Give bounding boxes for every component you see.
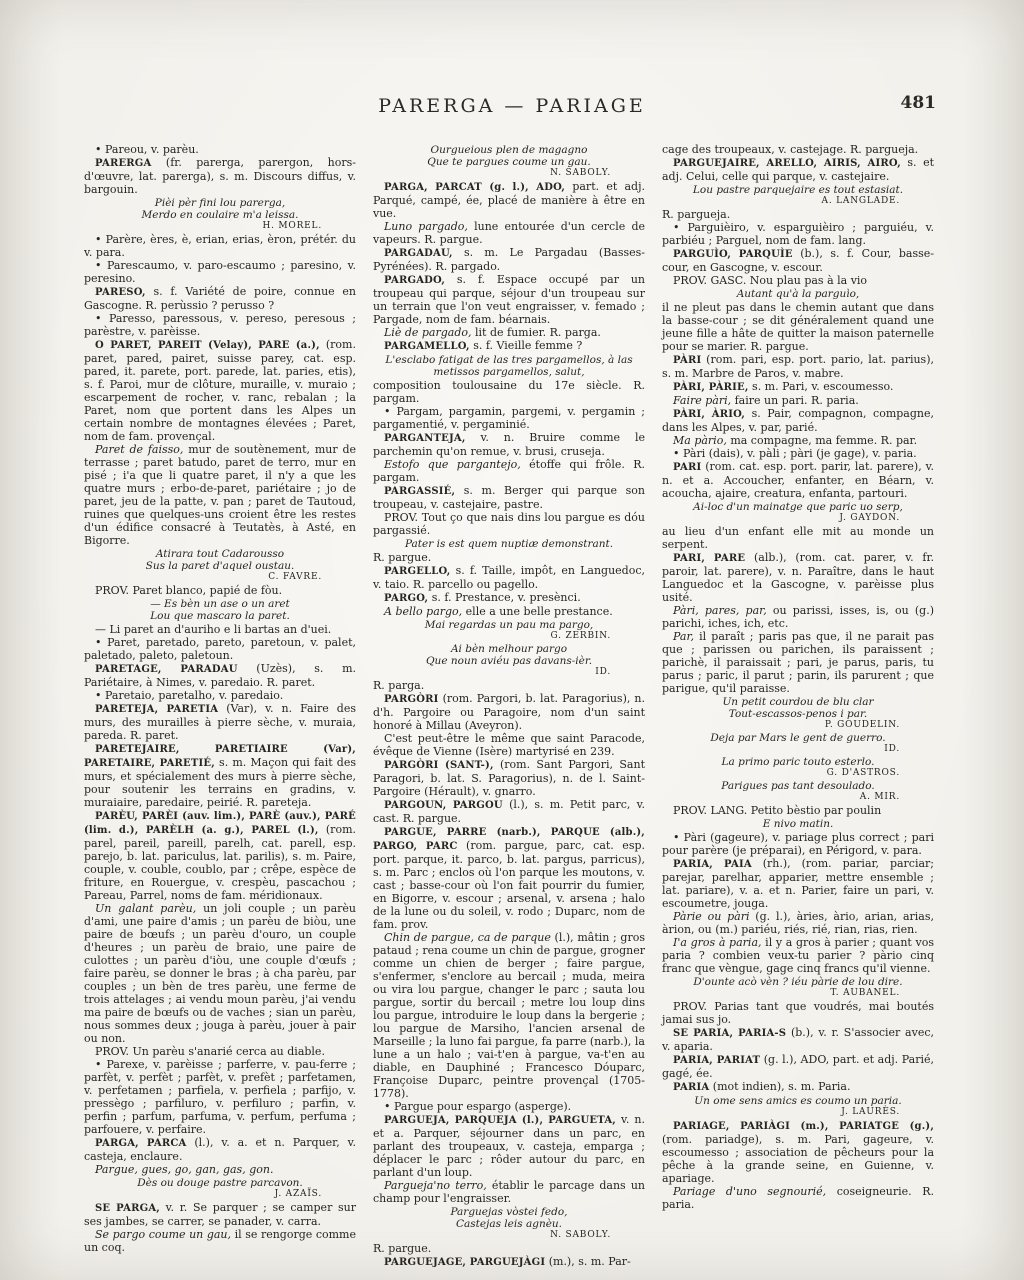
dictionary-entry: PARETEJAIRE, PARETIAIRE (Var), PARETAIRE…	[84, 742, 356, 809]
paragraph: R. pargue.	[373, 1242, 645, 1255]
paragraph: cage des troupeaux, v. castejage. R. par…	[662, 143, 934, 156]
dictionary-entry: PARGOUN, PARGOU (l.), s. m. Petit parc, …	[373, 798, 645, 825]
paragraph: au lieu d'un enfant elle mit au monde un…	[662, 525, 934, 551]
verse-line: Dès ou douge pastre parcavon.	[84, 1177, 356, 1189]
paragraph: PROV. Paret blanco, papié de fòu.	[84, 584, 356, 597]
entry-headword: PARGUE, PARRE (narb.), PARQUE (alb.), PA…	[373, 827, 645, 852]
paragraph: R. parga.	[373, 679, 645, 692]
verse-line: Lou pastre parquejaire es tout estasiat.	[662, 184, 934, 196]
verse-line: Parigues pas tant desoulado.	[662, 780, 934, 792]
paragraph: PROV. Parias tant que voudrés, mai bouté…	[662, 1000, 934, 1026]
dictionary-entry: PARGUEJAGE, PARGUEJÀGI (m.), s. m. Par-	[373, 1255, 645, 1269]
paragraph: • Paret, paretado, pareto, paretoun, v. …	[84, 636, 356, 662]
verse-attribution: N. SABOLY.	[373, 168, 645, 179]
verse-quote: Ai bèn melhour pargoQue noun aviéu pas d…	[373, 643, 645, 678]
verse-line: — Es bèn un ase o un aret	[84, 598, 356, 610]
paragraph: R. pargueja.	[662, 208, 934, 221]
verse-line: Parguejas vòstei fedo,	[373, 1206, 645, 1218]
verse-line: Ourgueious plen de magagno	[373, 144, 645, 156]
column-right: cage des troupeaux, v. castejage. R. par…	[662, 143, 934, 1269]
dictionary-entry: O PARET, PAREIT (Velay), PARE (a.), (rom…	[84, 338, 356, 443]
entry-headword: PARGUEJAGE, PARGUEJÀGI	[384, 1257, 545, 1268]
verse-attribution: ID.	[662, 744, 934, 755]
entry-headword: PARI, PARE	[673, 553, 745, 564]
verse-attribution: T. AUBANEL.	[662, 988, 934, 999]
entry-headword: PARGA, PARCA	[95, 1138, 186, 1149]
entry-headword: PÀRI	[673, 355, 701, 366]
paragraph: • Pareou, v. parèu.	[84, 143, 356, 156]
verse-quote: Autant qu'à la parguìo,	[662, 288, 934, 300]
verse-quote: Dès ou douge pastre parcavon.J. AZAÏS.	[84, 1177, 356, 1200]
dictionary-entry: PARGA, PARCAT (g. l.), ADO, part. et adj…	[373, 180, 645, 220]
paragraph: Liè de pargado, lit de fumier. R. parga.	[373, 326, 645, 339]
verse-line: Mai regardas un pau ma pargo,	[373, 619, 645, 631]
paragraph: Pargue, gues, go, gan, gas, gon.	[84, 1163, 356, 1176]
column-center: Ourgueious plen de magagnoQue te pargues…	[373, 143, 645, 1269]
paragraph: Estofo que pargantejo, étoffe qui frôle.…	[373, 458, 645, 484]
dictionary-entry: PARGUEJA, PARQUEJA (l.), PARGUETA, v. n.…	[373, 1113, 645, 1179]
dictionary-entry: PARGO, s. f. Prestance, v. presènci.	[373, 591, 645, 605]
paragraph: C'est peut-être le même que saint Paraco…	[373, 732, 645, 758]
entry-headword: PARGELLO,	[384, 566, 451, 577]
example-phrase: Estofo que pargantejo,	[384, 458, 521, 471]
dictionary-entry: PARGUE, PARRE (narb.), PARQUE (alb.), PA…	[373, 825, 645, 931]
example-phrase: Se pargo coume un gau,	[95, 1228, 231, 1241]
paragraph: PROV. Un parèu s'anarié cerca au diable.	[84, 1045, 356, 1058]
verse-line: Lou que mascaro la paret.	[84, 610, 356, 622]
example-phrase: Pariage d'uno segnourié,	[673, 1185, 826, 1198]
dictionary-entry: PARGÒRI (rom. Pargori, b. lat. Paragoriu…	[373, 692, 645, 732]
verse-attribution: J. GAYDON.	[662, 513, 934, 524]
verse-attribution: J. LAURÈS.	[662, 1107, 934, 1118]
paragraph: Pàrie ou pàri (g. l.), àries, àrio, aria…	[662, 910, 934, 936]
paragraph: Pargueja'no terro, établir le parcage da…	[373, 1179, 645, 1205]
example-phrase: Faire pàri,	[673, 394, 731, 407]
verse-attribution: G. ZERBIN.	[373, 631, 645, 642]
verse-line: Ai-loc d'un mainatge que paric uo serp,	[662, 501, 934, 513]
dictionary-entry: SE PARIA, PARIA-S (b.), v. r. S'associer…	[662, 1026, 934, 1053]
dictionary-entry: PARGELLO, s. f. Taille, impôt, en Langue…	[373, 564, 645, 591]
verse-line: L'esclabo fatigat de las tres pargamello…	[373, 354, 645, 366]
paragraph: il ne pleut pas dans le chemin autant qu…	[662, 301, 934, 353]
example-phrase: I'a gros à paria,	[673, 936, 762, 949]
example-phrase: Pargue, gues, go, gan, gas, gon.	[95, 1163, 273, 1176]
entry-headword: PARIA, PAIA	[673, 859, 752, 870]
paragraph: • Parère, ères, è, erian, erias, èron, p…	[84, 233, 356, 259]
example-phrase: Par,	[673, 630, 694, 643]
entry-headword: PARIA, PARIAT	[673, 1055, 760, 1066]
example-phrase: Pàri, pares, par,	[673, 604, 767, 617]
paragraph: • Pàri (dais), v. pàli ; pàri (je gage),…	[662, 447, 934, 460]
entry-headword: SE PARIA, PARIA-S	[673, 1028, 786, 1039]
dictionary-entry: PARIAGE, PARIÀGI (m.), PARIATGE (g.), (r…	[662, 1119, 934, 1185]
paragraph: — Li paret an d'auriho e li bartas an d'…	[84, 623, 356, 636]
entry-headword: PARIA	[673, 1082, 709, 1093]
paragraph: Chin de pargue, ca de parque (l.), mâtin…	[373, 931, 645, 1100]
verse-line: Que te pargues coume un gau.	[373, 156, 645, 168]
example-phrase: Chin de pargue, ca de parque	[384, 931, 551, 944]
entry-headword: PARGADO,	[384, 275, 445, 286]
entry-headword: PARGUEJAIRE, ARELLO, AIRIS, AIRO,	[673, 158, 901, 169]
verse-line: Un ome sens amics es coumo un paria.	[662, 1095, 934, 1107]
verse-quote: Un petit courdou de blu clarTout-escasso…	[662, 696, 934, 731]
entry-headword: PARGO,	[384, 593, 428, 604]
example-phrase: Pàrie ou pàri	[673, 910, 749, 923]
verse-line: Pièi pèr fini lou parerga,	[84, 197, 356, 209]
dictionary-entry: PARGUÌO, PARQUÌE (b.), s. f. Cour, basse…	[662, 247, 934, 274]
verse-line: Deja par Mars le gent de guerro.	[662, 732, 934, 744]
entry-headword: SE PARGA,	[95, 1203, 160, 1214]
verse-line: D'ounte acò vèn ? iéu pàrie de lou dire.	[662, 976, 934, 988]
paragraph: Paret de faisso, mur de soutènement, mur…	[84, 443, 356, 547]
paragraph: Luno pargado, lune entourée d'un cercle …	[373, 220, 645, 246]
paragraph: Se pargo coume un gau, il se rengorge co…	[84, 1228, 356, 1254]
paragraph: • Pàri (gageure), v. pariage plus correc…	[662, 831, 934, 857]
column-left: • Pareou, v. parèu.PARERGA (fr. parerga,…	[84, 143, 356, 1269]
verse-attribution: P. GOUDELIN.	[662, 720, 934, 731]
verse-attribution: A. LANGLADE.	[662, 196, 934, 207]
dictionary-entry: PARIA, PAIA (rh.), (rom. pariar, parciar…	[662, 857, 934, 910]
dictionary-entry: PARIA, PARIAT (g. l.), ADO, part. et adj…	[662, 1053, 934, 1080]
verse-attribution: G. D'ASTROS.	[662, 768, 934, 779]
paragraph: Ma pàrio, ma compagne, ma femme. R. par.	[662, 434, 934, 447]
dictionary-entry: PÀRI (rom. pari, esp. port. pario, lat. …	[662, 353, 934, 380]
paragraph: • Parguièiro, v. esparguièiro ; parguiéu…	[662, 221, 934, 247]
paragraph: • Paresso, paressous, v. pereso, peresou…	[84, 312, 356, 338]
entry-headword: O PARET, PAREIT (Velay), PARE (a.),	[95, 340, 320, 351]
entry-headword: PARESO,	[95, 287, 146, 298]
page-number: 481	[901, 93, 937, 113]
verse-line: Tout-escassos-penos i par.	[662, 708, 934, 720]
paragraph: Pàri, pares, par, ou parissi, isses, is,…	[662, 604, 934, 630]
verse-quote: Pater is est quem nuptiæ demonstrant.	[373, 538, 645, 550]
example-phrase: Paret de faisso,	[95, 443, 183, 456]
dictionary-entry: PARI, PARE (alb.), (rom. cat. parer, v. …	[662, 551, 934, 604]
verse-line: Que noun aviéu pas davans-ièr.	[373, 655, 645, 667]
paragraph: • Pargue pour espargo (asperge).	[373, 1100, 645, 1113]
paragraph: • Paretaio, paretalho, v. paredaio.	[84, 689, 356, 702]
verse-quote: E nivo matin.	[662, 818, 934, 830]
verse-quote: Parigues pas tant desoulado.A. MIR.	[662, 780, 934, 803]
paragraph: • Parexe, v. parèisse ; parferre, v. pau…	[84, 1058, 356, 1136]
dictionary-entry: SE PARGA, v. r. Se parquer ; se camper s…	[84, 1201, 356, 1228]
page-header: PARERGA — PARIAGE 481	[0, 0, 1024, 129]
paragraph: PROV. GASC. Nou plau pas à la vio	[662, 274, 934, 287]
entry-headword: PARETAGE, PARADAU	[95, 664, 238, 675]
verse-line: Sus la paret d'aquel oustau.	[84, 560, 356, 572]
dictionary-entry: PARGÒRI (SANT-), (rom. Sant Pargori, San…	[373, 758, 645, 798]
verse-quote: Ai-loc d'un mainatge que paric uo serp,J…	[662, 501, 934, 524]
verse-line: metissos pargamellos, salut,	[373, 366, 645, 378]
verse-line: Ai bèn melhour pargo	[373, 643, 645, 655]
paragraph: Pariage d'uno segnourié, coseigneurie. R…	[662, 1185, 934, 1211]
verse-attribution: N. SABOLY.	[373, 1230, 645, 1241]
dictionary-entry: PARIA (mot indien), s. m. Paria.	[662, 1080, 934, 1094]
verse-attribution: C. FAVRE.	[84, 572, 356, 583]
paragraph: Un galant parèu, un joli couple ; un par…	[84, 902, 356, 1045]
entry-headword: PARGUEJA, PARQUEJA (l.), PARGUETA,	[384, 1115, 616, 1126]
verse-quote: D'ounte acò vèn ? iéu pàrie de lou dire.…	[662, 976, 934, 999]
dictionary-entry: PARGA, PARCA (l.), v. a. et n. Parquer, …	[84, 1136, 356, 1163]
entry-headword: PARGÒRI (SANT-),	[384, 760, 494, 771]
verse-attribution: A. MIR.	[662, 792, 934, 803]
verse-quote: Ourgueious plen de magagnoQue te pargues…	[373, 144, 645, 179]
paragraph: A bello pargo, elle a une belle prestanc…	[373, 605, 645, 618]
entry-headword: PARGAMELLO,	[384, 341, 470, 352]
verse-line: Autant qu'à la parguìo,	[662, 288, 934, 300]
entry-headword: PÀRI, PÀRIE,	[673, 382, 749, 393]
dictionary-entry: PARGAMELLO, s. f. Vieille femme ?	[373, 339, 645, 353]
verse-line: La primo paric touto esterlo.	[662, 756, 934, 768]
verse-quote: Mai regardas un pau ma pargo,G. ZERBIN.	[373, 619, 645, 642]
entry-headword: PARGÒRI	[384, 694, 439, 705]
verse-quote: Parguejas vòstei fedo,Castejas leis agnè…	[373, 1206, 645, 1241]
dictionary-entry: PARERGA (fr. parerga, parergon, hors-d'œ…	[84, 156, 356, 196]
verse-line: Pater is est quem nuptiæ demonstrant.	[373, 538, 645, 550]
dictionary-entry: PARÈU, PARÈI (auv. lim.), PARÈ (auv.), P…	[84, 809, 356, 902]
verse-line: E nivo matin.	[662, 818, 934, 830]
example-phrase: Pargueja'no terro,	[384, 1179, 487, 1192]
example-phrase: A bello pargo,	[384, 605, 462, 618]
entry-headword: PARETEJAIRE, PARETIAIRE (Var), PARETAIRE…	[84, 744, 356, 769]
verse-quote: — Es bèn un ase o un aretLou que mascaro…	[84, 598, 356, 622]
dictionary-page: PARERGA — PARIAGE 481 • Pareou, v. parèu…	[0, 0, 1024, 1280]
dictionary-entry: PÀRI, ÀRIO, s. Pair, compagnon, compagne…	[662, 407, 934, 434]
entry-headword: PÀRI, ÀRIO,	[673, 409, 745, 420]
verse-line: Un petit courdou de blu clar	[662, 696, 934, 708]
dictionary-entry: PARGADAU, s. m. Le Pargadau (Basses-Pyré…	[373, 246, 645, 273]
dictionary-entry: PARETEJA, PARETIA (Var), v. n. Faire des…	[84, 702, 356, 742]
dictionary-entry: PÀRI, PÀRIE, s. m. Pari, v. escoumesso.	[662, 380, 934, 394]
verse-quote: Pièi pèr fini lou parerga,Merdo en coula…	[84, 197, 356, 232]
paragraph: PROV. LANG. Petito bèstio par poulin	[662, 804, 934, 817]
dictionary-entry: PARESO, s. f. Variété de poire, connue e…	[84, 285, 356, 312]
paragraph: I'a gros à paria, il y a gros à parier ;…	[662, 936, 934, 975]
verse-attribution: J. AZAÏS.	[84, 1189, 356, 1200]
verse-attribution: ID.	[373, 667, 645, 678]
verse-line: Castejas leis agnèu.	[373, 1218, 645, 1230]
entry-headword: PARGOUN, PARGOU	[384, 800, 503, 811]
dictionary-entry: PARGANTEJA, v. n. Bruire comme le parche…	[373, 431, 645, 458]
text-columns: • Pareou, v. parèu.PARERGA (fr. parerga,…	[0, 129, 1024, 1269]
verse-quote: Lou pastre parquejaire es tout estasiat.…	[662, 184, 934, 207]
entry-headword: PARIAGE, PARIÀGI (m.), PARIATGE (g.),	[673, 1121, 934, 1132]
verse-quote: L'esclabo fatigat de las tres pargamello…	[373, 354, 645, 378]
page-title: PARERGA — PARIAGE	[0, 95, 1024, 117]
paragraph: • Pargam, pargamin, pargemi, v. pergamin…	[373, 405, 645, 431]
dictionary-entry: PARGUEJAIRE, ARELLO, AIRIS, AIRO, s. et …	[662, 156, 934, 183]
paragraph: composition toulousaine du 17e siècle. R…	[373, 379, 645, 405]
entry-headword: PARI	[673, 462, 701, 473]
entry-headword: PARETEJA, PARETIA	[95, 704, 218, 715]
entry-headword: PARGA, PARCAT (g. l.), ADO,	[384, 182, 565, 193]
verse-quote: Un ome sens amics es coumo un paria.J. L…	[662, 1095, 934, 1118]
dictionary-entry: PARGASSIÉ, s. m. Berger qui parque son t…	[373, 484, 645, 511]
dictionary-entry: PARI (rom. cat. esp. port. parir, lat. p…	[662, 460, 934, 500]
paragraph: • Parescaumo, v. paro-escaumo ; paresino…	[84, 259, 356, 285]
entry-headword: PARGANTEJA,	[384, 433, 466, 444]
verse-line: Atirara tout Cadarousso	[84, 548, 356, 560]
paragraph: R. pargue.	[373, 551, 645, 564]
example-phrase: Luno pargado,	[384, 220, 468, 233]
entry-headword: PARGUÌO, PARQUÌE	[673, 249, 793, 260]
verse-line: Merdo en coulaire m'a leissa.	[84, 209, 356, 221]
entry-headword: PARGASSIÉ,	[384, 486, 455, 497]
entry-headword: PARERGA	[95, 158, 152, 169]
dictionary-entry: PARGADO, s. f. Espace occupé par un trou…	[373, 273, 645, 326]
verse-quote: Atirara tout CadaroussoSus la paret d'aq…	[84, 548, 356, 583]
example-phrase: Ma pàrio,	[673, 434, 727, 447]
verse-attribution: H. MOREL.	[84, 221, 356, 232]
paragraph: PROV. Tout ço que nais dins lou pargue e…	[373, 511, 645, 537]
example-phrase: Un galant parèu,	[95, 902, 196, 915]
paragraph: Faire pàri, faire un pari. R. paria.	[662, 394, 934, 407]
verse-quote: Deja par Mars le gent de guerro.ID.	[662, 732, 934, 755]
entry-headword: PARÈU, PARÈI (auv. lim.), PARÈ (auv.), P…	[84, 811, 356, 836]
example-phrase: Liè de pargado,	[384, 326, 472, 339]
entry-headword: PARGADAU,	[384, 248, 453, 259]
verse-quote: La primo paric touto esterlo.G. D'ASTROS…	[662, 756, 934, 779]
dictionary-entry: PARETAGE, PARADAU (Uzès), s. m. Pariétai…	[84, 662, 356, 689]
paragraph: Par, il paraît ; paris pas que, il ne pa…	[662, 630, 934, 695]
